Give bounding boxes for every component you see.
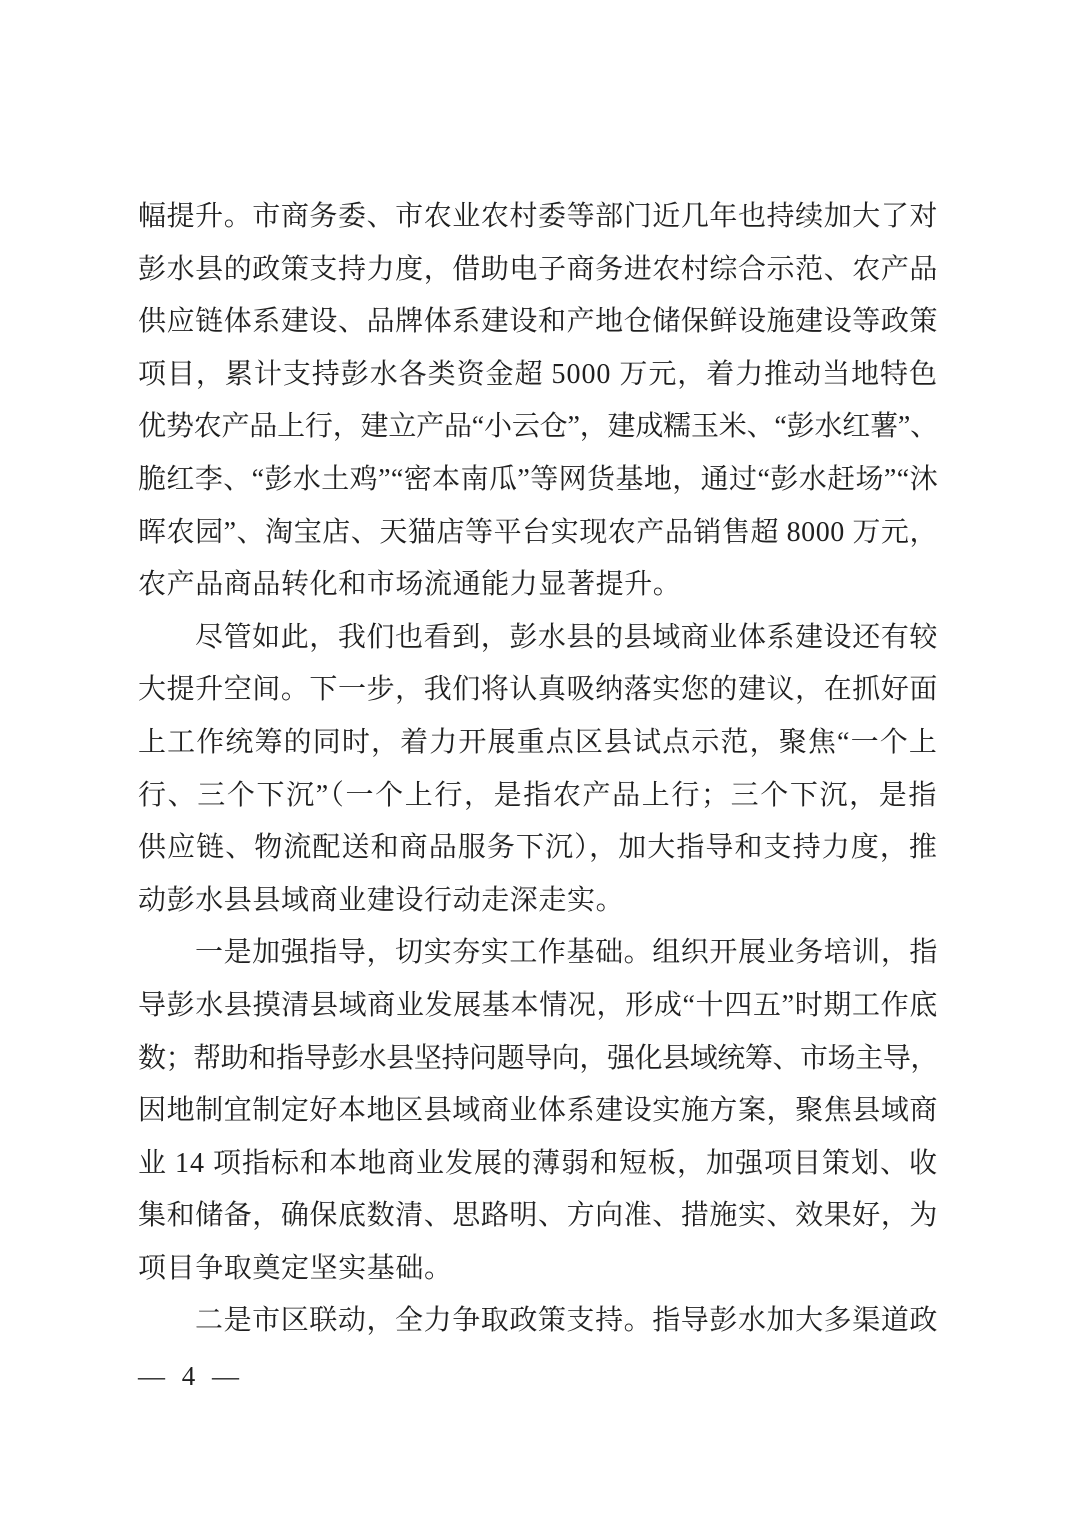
document-page: 幅提升。市商务委、市农业农村委等部门近几年也持续加大了对彭水县的政策支持力度，借… [0, 0, 1074, 1520]
document-line-text: 尽管如此，我们也看到，彭水县的县域商业体系建设还有较 [195, 622, 938, 653]
document-line: 幅提升。市商务委、市农业农村委等部门近几年也持续加大了对 [138, 191, 938, 244]
document-line-text: 项目，累计支持彭水各类资金超 5000 万元，着力推动当地特色 [138, 359, 938, 390]
document-line-text: 因地制宜制定好本地区县域商业体系建设实施方案，聚焦县域商 [138, 1095, 938, 1126]
document-line-text: 供应链体系建设、品牌体系建设和产地仓储保鲜设施建设等政策 [138, 306, 938, 337]
document-line-text: 动彭水县县域商业建设行动走深走实。 [138, 885, 624, 916]
document-line: 数；帮助和指导彭水县坚持问题导向，强化县域统筹、市场主导， [138, 1033, 938, 1086]
document-line-text: 上工作统筹的同时，着力开展重点区县试点示范，聚焦“一个上 [138, 727, 938, 758]
document-line-text: 晖农园”、淘宝店、天猫店等平台实现农产品销售超 8000 万元， [138, 517, 938, 548]
document-line: 因地制宜制定好本地区县域商业体系建设实施方案，聚焦县域商 [138, 1085, 938, 1138]
document-line-text: 数；帮助和指导彭水县坚持问题导向，强化县域统筹、市场主导， [138, 1043, 938, 1074]
document-line: 供应链、物流配送和商品服务下沉），加大指导和支持力度，推 [138, 822, 938, 875]
document-line: 业 14 项指标和本地商业发展的薄弱和短板，加强项目策划、收 [138, 1138, 938, 1191]
document-line-text: 一是加强指导，切实夯实工作基础。组织开展业务培训，指 [195, 937, 938, 968]
document-line-text: 供应链、物流配送和商品服务下沉），加大指导和支持力度，推 [138, 832, 938, 863]
document-line: 上工作统筹的同时，着力开展重点区县试点示范，聚焦“一个上 [138, 717, 938, 770]
document-line: 二是市区联动，全力争取政策支持。指导彭水加大多渠道政 [138, 1295, 938, 1348]
document-line: 彭水县的政策支持力度，借助电子商务进农村综合示范、农产品 [138, 244, 938, 297]
document-line-text: 彭水县的政策支持力度，借助电子商务进农村综合示范、农产品 [138, 254, 938, 285]
document-line-text: 幅提升。市商务委、市农业农村委等部门近几年也持续加大了对 [138, 201, 938, 232]
document-line-text: 农产品商品转化和市场流通能力显著提升。 [138, 569, 681, 600]
document-line-text: 导彭水县摸清县域商业发展基本情况，形成“十四五”时期工作底 [138, 990, 938, 1021]
document-line: 优势农产品上行，建立产品“小云仓”，建成糯玉米、“彭水红薯”、 [138, 401, 938, 454]
document-line: 供应链体系建设、品牌体系建设和产地仓储保鲜设施建设等政策 [138, 296, 938, 349]
document-line: 集和储备，确保底数清、思路明、方向准、措施实、效果好，为 [138, 1190, 938, 1243]
document-line: 行、三个下沉”（一个上行，是指农产品上行；三个下沉，是指 [138, 770, 938, 823]
document-line-text: 业 14 项指标和本地商业发展的薄弱和短板，加强项目策划、收 [138, 1148, 938, 1179]
document-line: 大提升空间。下一步，我们将认真吸纳落实您的建议，在抓好面 [138, 664, 938, 717]
document-line: 导彭水县摸清县域商业发展基本情况，形成“十四五”时期工作底 [138, 980, 938, 1033]
document-body: 幅提升。市商务委、市农业农村委等部门近几年也持续加大了对彭水县的政策支持力度，借… [138, 191, 938, 1348]
document-line: 尽管如此，我们也看到，彭水县的县域商业体系建设还有较 [138, 612, 938, 665]
document-line: 脆红李、“彭水土鸡”“密本南瓜”等网货基地，通过“彭水赶场”“沐 [138, 454, 938, 507]
document-line: 动彭水县县域商业建设行动走深走实。 [138, 875, 938, 928]
document-line-text: 项目争取奠定坚实基础。 [138, 1253, 453, 1284]
document-line-text: 行、三个下沉”（一个上行，是指农产品上行；三个下沉，是指 [138, 780, 938, 811]
document-line: 项目争取奠定坚实基础。 [138, 1243, 938, 1296]
page-number: — 4 — [138, 1358, 244, 1394]
document-line: 一是加强指导，切实夯实工作基础。组织开展业务培训，指 [138, 927, 938, 980]
document-line: 项目，累计支持彭水各类资金超 5000 万元，着力推动当地特色 [138, 349, 938, 402]
document-line: 农产品商品转化和市场流通能力显著提升。 [138, 559, 938, 612]
document-line-text: 二是市区联动，全力争取政策支持。指导彭水加大多渠道政 [195, 1305, 938, 1336]
document-line-text: 脆红李、“彭水土鸡”“密本南瓜”等网货基地，通过“彭水赶场”“沐 [138, 464, 938, 495]
document-line-text: 优势农产品上行，建立产品“小云仓”，建成糯玉米、“彭水红薯”、 [138, 411, 938, 442]
document-line-text: 大提升空间。下一步，我们将认真吸纳落实您的建议，在抓好面 [138, 674, 938, 705]
document-line: 晖农园”、淘宝店、天猫店等平台实现农产品销售超 8000 万元， [138, 507, 938, 560]
document-line-text: 集和储备，确保底数清、思路明、方向准、措施实、效果好，为 [138, 1200, 938, 1231]
